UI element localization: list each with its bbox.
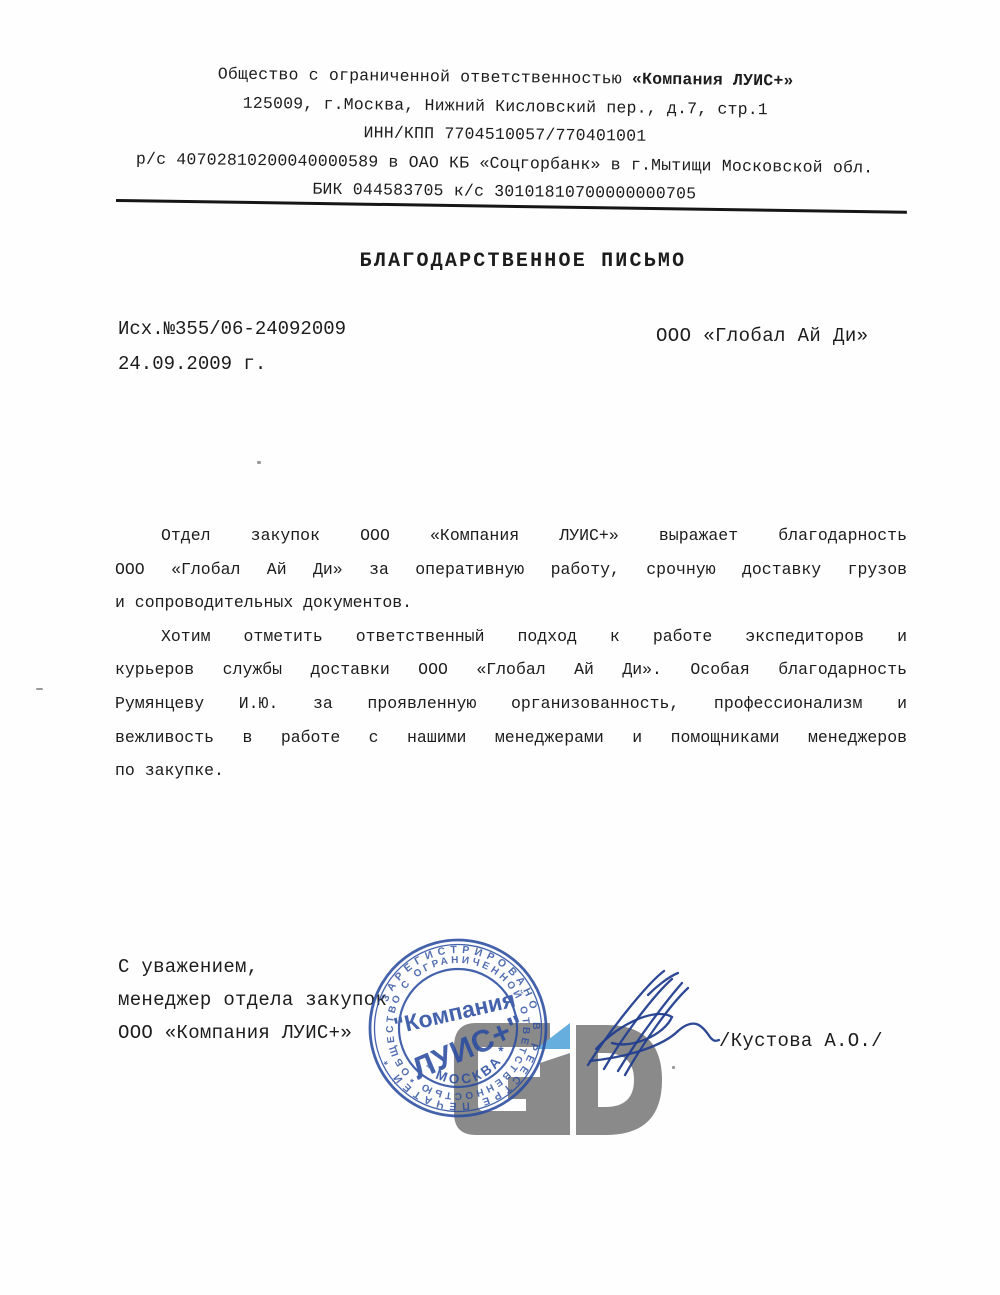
body-line: Хотим отметить ответственный подход к ра… — [115, 620, 907, 654]
letter-date: 24.09.2009 г. — [118, 347, 346, 382]
closing-position: менеджер отдела закупок — [118, 984, 387, 1017]
company-name: «Компания ЛУИС+» — [632, 70, 794, 91]
body-line: вежливость в работе с нашими менеджерами… — [115, 721, 907, 755]
company-stamp: ЗАРЕГИСТРИРОВАНО В РЕЕСТРЕ ПЕЧАТЕЙ * ОБЩ… — [356, 926, 560, 1130]
scan-speck — [36, 688, 43, 690]
body-line: ООО «Глобал Ай Ди» за оперативную работу… — [115, 553, 907, 587]
letter-body: Отдел закупок ООО «Компания ЛУИС+» выраж… — [115, 519, 907, 788]
letter-title: БЛАГОДАРСТВЕННОЕ ПИСЬМО — [123, 250, 923, 273]
stamp-ring-inner-text: ОБЩЕСТВО С ОГРАНИЧЕННОЙ ОТВЕТСТВЕННОСТЬЮ… — [356, 926, 560, 1130]
handwritten-signature — [555, 960, 735, 1080]
closing-block: С уважением, менеджер отдела закупок ООО… — [118, 951, 387, 1051]
scan-speck — [257, 461, 261, 464]
letterhead: Общество с ограниченной ответственностью… — [84, 59, 926, 212]
letter-document: Общество с ограниченной ответственностью… — [0, 0, 1000, 1295]
closing-company: ООО «Компания ЛУИС+» — [118, 1017, 387, 1050]
closing-salutation: С уважением, — [118, 951, 387, 984]
body-line: Отдел закупок ООО «Компания ЛУИС+» выраж… — [115, 519, 907, 553]
company-prefix: Общество с ограниченной ответственностью — [218, 64, 632, 88]
reference-block: Исх.№355/06-24092009 24.09.2009 г. — [118, 312, 346, 382]
recipient-name: ООО «Глобал Ай Ди» — [656, 325, 868, 347]
body-line: курьеров службы доставки ООО «Глобал Ай … — [115, 653, 907, 687]
svg-text:ОБЩЕСТВО С ОГРАНИЧЕННОЙ ОТВЕТС: ОБЩЕСТВО С ОГРАНИЧЕННОЙ ОТВЕТСТВЕННОСТЬЮ… — [356, 926, 560, 1130]
outgoing-number: Исх.№355/06-24092009 — [118, 312, 346, 347]
scan-speck — [672, 1066, 675, 1069]
body-line: и сопроводительных документов. — [115, 586, 907, 620]
signee-name: /Кустова А.О./ — [719, 1030, 883, 1052]
body-line: Румянцеву И.Ю. за проявленную организова… — [115, 687, 907, 721]
body-line: по закупке. — [115, 754, 907, 788]
